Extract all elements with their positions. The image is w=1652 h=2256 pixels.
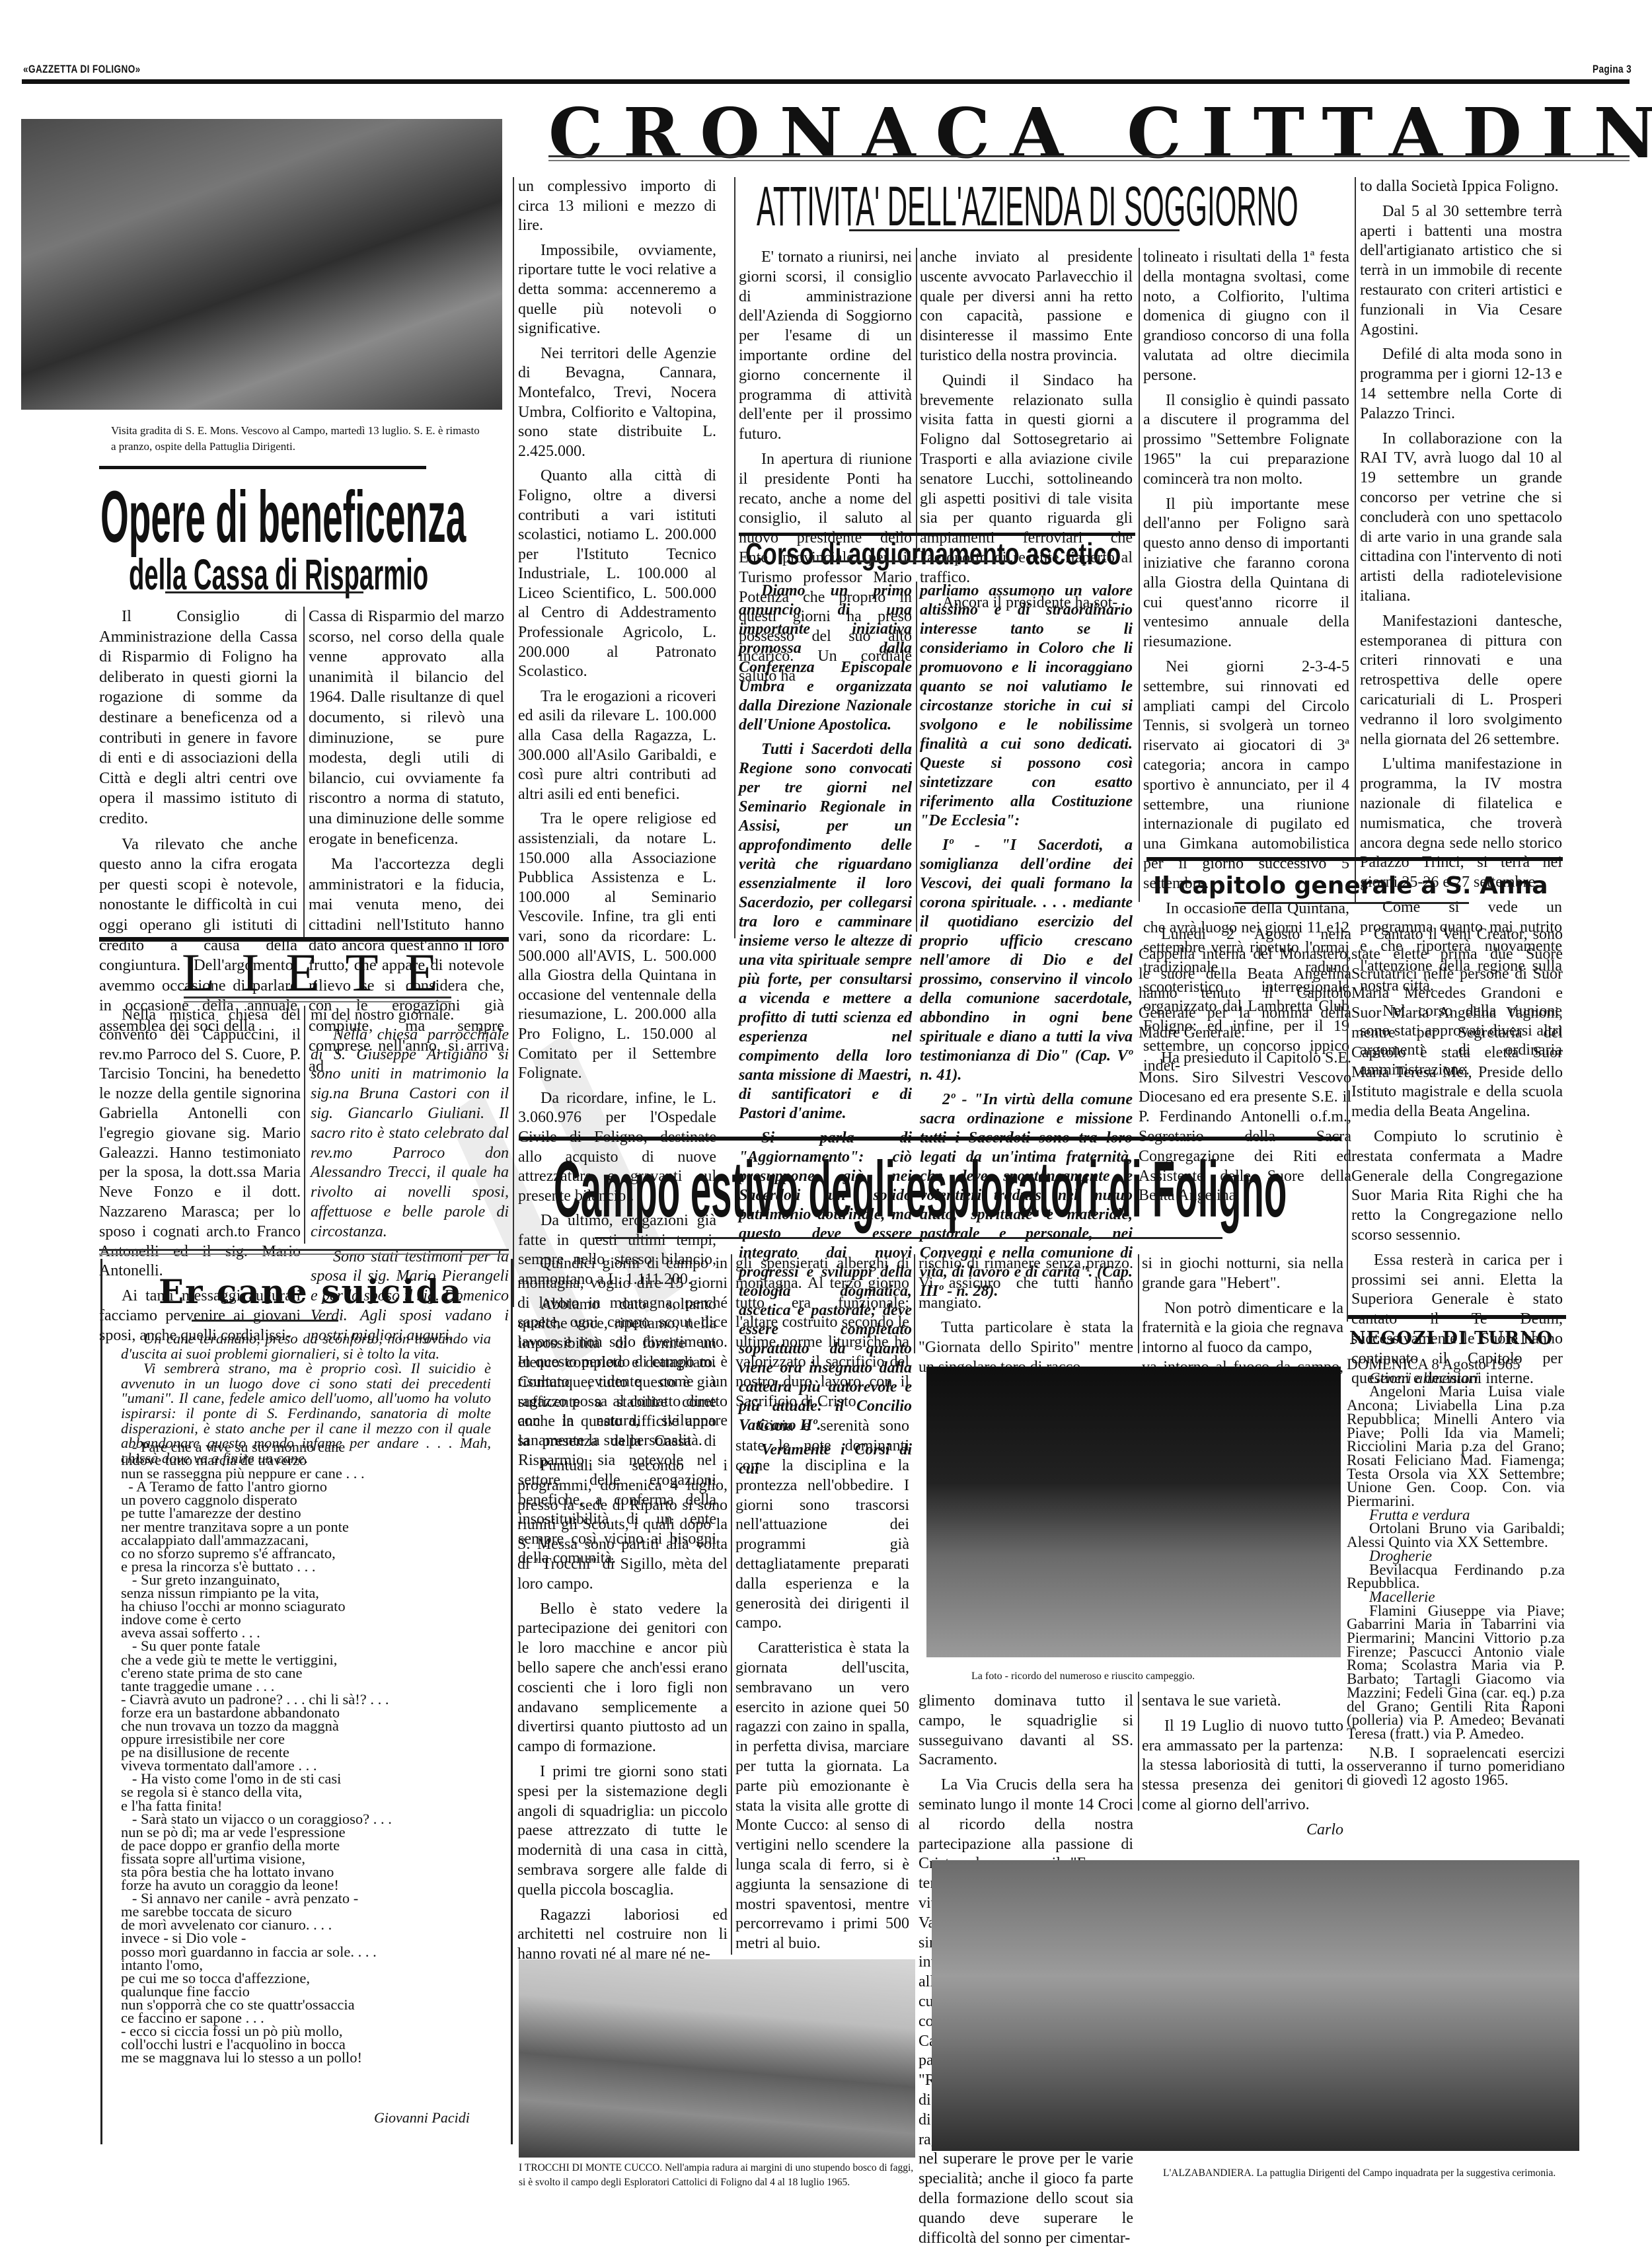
photo-bishop-visit [21, 119, 502, 410]
cane-author: Giovanni Pacidi [374, 2109, 470, 2126]
negozi-list: DOMENICA 8 Agosto 1965 Generi alimentari… [1347, 1358, 1565, 1787]
column-divider [1355, 177, 1356, 904]
column-divider [513, 177, 514, 1307]
photo-group-caption: La foto - ricordo del numeroso e riuscit… [971, 1669, 1195, 1684]
rule [99, 1249, 509, 1255]
rule [1146, 857, 1563, 861]
anna-headline: Il capitolo generale a S. Anna [1153, 872, 1548, 899]
column-divider [1139, 248, 1140, 902]
campo-col-1: Quindici giorni di campo in montagna, vo… [517, 1254, 728, 1965]
campo-headline: Campo estivo degli esploratori di Folign… [554, 1150, 1287, 1229]
corso-headline: Corso di aggiornamento ascetico [745, 539, 1121, 569]
column-divider [731, 1254, 732, 1955]
campo-col-4b: sentava le sue varietà. Il 19 Luglio di … [1142, 1692, 1343, 1840]
rule [99, 466, 426, 469]
section-title-rule [548, 155, 1630, 161]
rule [519, 1137, 1341, 1141]
publication-name: «GAZZETTA DI FOLIGNO» [23, 63, 141, 76]
rule [165, 591, 363, 593]
photo-flag-caption: L'ALZABANDIERA. La pattuglia Dirigenti d… [1163, 2166, 1579, 2181]
rule [1234, 902, 1469, 904]
rule [192, 1320, 338, 1322]
photo-scout-group [926, 1367, 1341, 1657]
section-title: CRONACA CITTADINA [548, 93, 1652, 174]
liete-headline: LIETE [182, 942, 465, 1004]
cassa-headline-2: della Cassa di Risparmio [129, 552, 428, 596]
rule [814, 560, 1012, 562]
page-number: Pagina 3 [1593, 63, 1632, 76]
cane-headline: Er cane suicida [159, 1272, 463, 1311]
column-divider [734, 177, 735, 938]
column-divider [303, 607, 305, 937]
azienda-headline: ATTIVITA' DELL'AZIENDA DI SOGGIORNO [757, 178, 1298, 234]
rule [1348, 1315, 1566, 1319]
rule [184, 996, 451, 1002]
column-divider [916, 248, 917, 558]
column-divider [914, 1254, 915, 1353]
photo-bishop-caption: Visita gradita di S. E. Mons. Vescovo al… [111, 423, 481, 455]
rule [595, 1237, 1222, 1239]
rule [739, 533, 1135, 536]
anna-col-2: Cantato il Veni Creator, sono state elet… [1351, 925, 1563, 1388]
column-divider [1138, 1254, 1139, 1353]
photo-alzabandiera [932, 1860, 1579, 2151]
campo-col-3: rischio di rimanere senza pranzo. Vi ass… [919, 1254, 1133, 1378]
photo-trocchi-caption: I TROCCHI DI MONTE CUCCO. Nell'ampia rad… [519, 2161, 915, 2190]
header-rule [22, 79, 1630, 84]
photo-monte-cucco [519, 1959, 915, 2158]
cassa-headline-1: Opere di beneficenza [100, 481, 466, 554]
column-divider [304, 1006, 305, 1244]
rule [99, 937, 509, 942]
column-divider [1138, 1692, 1139, 1811]
negozi-headline: NEGOZI DI TURNO [1349, 1328, 1553, 1349]
column-divider [916, 582, 917, 932]
column-divider [1347, 945, 1348, 1322]
cane-poem: - Pare che a vive su sto monno cane indo… [121, 1441, 491, 2064]
rule [849, 229, 1180, 231]
